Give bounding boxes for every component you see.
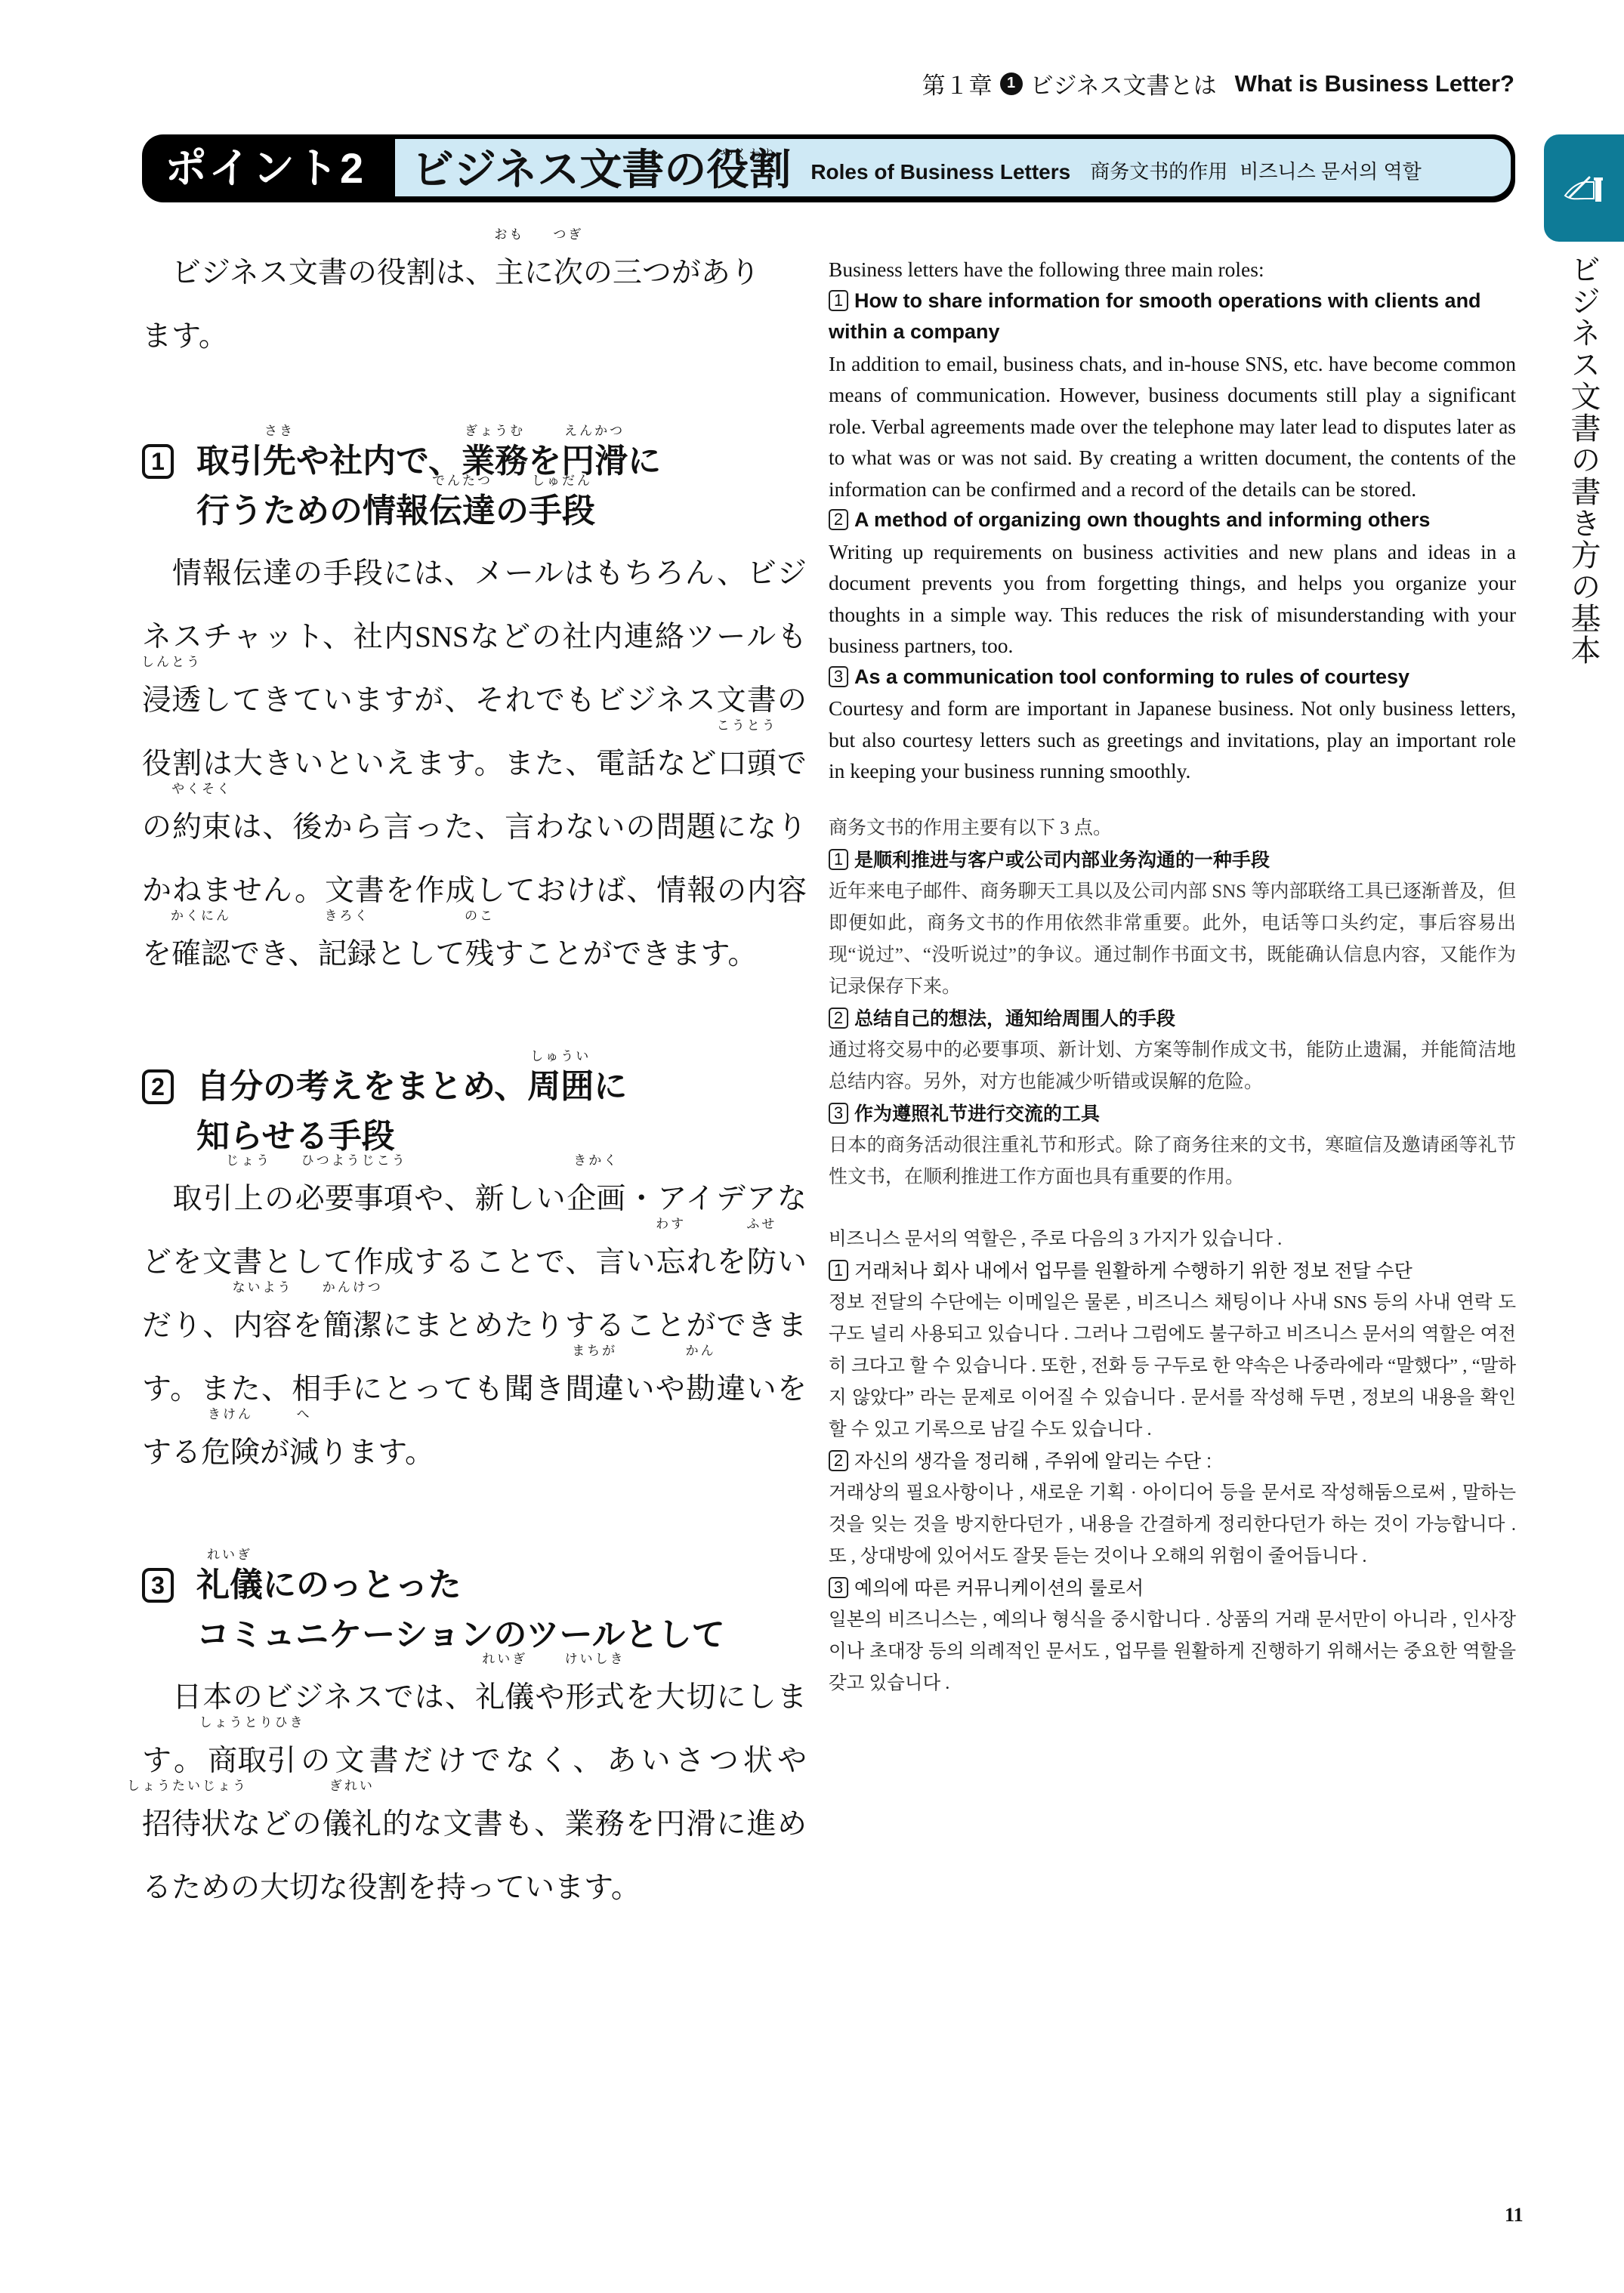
heading-text: A method of organizing own thoughts and … bbox=[854, 508, 1430, 531]
jp-section-1-body: 情報伝達の手段には、メールはもちろん、ビジネスチャット、社内SNSなどの社内連絡… bbox=[142, 542, 807, 986]
ko-section-3-body: 일본의 비즈니스는 , 예의나 형식을 중시합니다 . 상품의 거래 문서만이 … bbox=[829, 1604, 1516, 1699]
heading-text: 总结自己的想法，通知给周围人的手段 bbox=[854, 1008, 1175, 1029]
ko-section-1-heading: 1거래처나 회사 내에서 업무를 원활하게 수행하기 위한 정보 전달 수단 bbox=[829, 1255, 1516, 1287]
en-intro: Business letters have the following thre… bbox=[829, 254, 1516, 285]
heading-text: How to share information for smooth oper… bbox=[829, 289, 1481, 344]
en-section-2-body: Writing up requirements on business acti… bbox=[829, 536, 1516, 662]
heading-text: 자신의 생각을 정리해 , 주위에 알리는 수단 : bbox=[854, 1451, 1212, 1472]
page-title: ビジネス文書のやくわり役割 bbox=[412, 145, 791, 195]
chapter-side-tab bbox=[1544, 134, 1624, 242]
korean-block: 비즈니스 문서의 역할은 , 주로 다음의 3 가지가 있습니다 . 1거래처나… bbox=[829, 1224, 1516, 1699]
furigana: やくわり bbox=[706, 130, 791, 180]
section-number-1: 1 bbox=[829, 849, 848, 870]
section-number-2: 2 bbox=[142, 1069, 174, 1104]
jp-section-3-heading: 3 れいぎ礼儀にのっとった コミュニケーションのツールとして bbox=[142, 1560, 807, 1660]
korean-title: 비즈니스 문서의 역할 bbox=[1240, 156, 1422, 184]
heading-text: 예의에 따른 커뮤니케이션의 룰로서 bbox=[854, 1578, 1144, 1599]
ruby-word: やくわり役割 bbox=[706, 145, 791, 195]
chapter-vertical-title: ビジネス文書の書き方の基本 bbox=[1562, 254, 1605, 666]
section-number-3: 3 bbox=[142, 1568, 174, 1603]
chapter-en-title: What is Business Letter? bbox=[1235, 70, 1514, 97]
chapter-label: 第１章 bbox=[922, 66, 993, 100]
japanese-column: ビジネス文書の役割は、おも主につぎ次の三つがあります。 1 取引さき先や社内で、… bbox=[142, 242, 807, 1920]
en-section-3-body: Courtesy and form are important in Japan… bbox=[829, 693, 1516, 787]
en-section-1-body: In addition to email, business chats, an… bbox=[829, 348, 1516, 505]
zh-intro: 商务文书的作用主要有以下 3 点。 bbox=[829, 813, 1516, 844]
zh-section-1-heading: 1是顺利推进与客户或公司内部业务沟通的一种手段 bbox=[829, 844, 1516, 876]
ko-section-2-heading: 2자신의 생각을 정리해 , 주위에 알리는 수단 : bbox=[829, 1446, 1516, 1477]
english-block: Business letters have the following thre… bbox=[829, 254, 1516, 787]
translation-column: Business letters have the following thre… bbox=[829, 254, 1516, 1699]
jp-section-1-heading: 1 取引さき先や社内で、ぎょうむ業務をえんかつ円滑に 行うための情報でんたつ伝達… bbox=[142, 437, 807, 536]
english-title: Roles of Business Letters bbox=[810, 160, 1070, 184]
en-section-2-heading: 2A method of organizing own thoughts and… bbox=[829, 505, 1516, 536]
jp-intro: ビジネス文書の役割は、おも主につぎ次の三つがあります。 bbox=[142, 242, 807, 369]
section-number-1: 1 bbox=[829, 290, 848, 311]
zh-section-3-body: 日本的商务活动很注重礼节和形式。除了商务往来的文书，寒暄信及邀请函等礼节性文书，… bbox=[829, 1130, 1516, 1193]
point-label: ポイント2 bbox=[165, 134, 365, 202]
chinese-title: 商务文书的作用 bbox=[1090, 156, 1227, 184]
ko-section-3-heading: 3예의에 따른 커뮤니케이션의 룰로서 bbox=[829, 1572, 1516, 1604]
section-number-3: 3 bbox=[829, 1577, 848, 1598]
title-panel: ビジネス文書のやくわり役割 Roles of Business Letters … bbox=[395, 139, 1511, 196]
writing-hand-icon bbox=[1562, 173, 1606, 203]
heading-text: 是顺利推进与客户或公司内部业务沟通的一种手段 bbox=[854, 850, 1270, 871]
ko-section-2-body: 거래상의 필요사항이나 , 새로운 기획 · 아이디어 등을 문서로 작성해둠으… bbox=[829, 1477, 1516, 1572]
section-number-3: 3 bbox=[829, 666, 848, 687]
zh-section-2-heading: 2总结自己的想法，通知给周围人的手段 bbox=[829, 1003, 1516, 1035]
zh-section-2-body: 通过将交易中的必要事项、新计划、方案等制作成文书，能防止遗漏，并能简洁地总结内容… bbox=[829, 1035, 1516, 1098]
en-section-1-heading: 1How to share information for smooth ope… bbox=[829, 285, 1516, 348]
section-number-2: 2 bbox=[829, 1450, 848, 1471]
heading-text: 거래처나 회사 내에서 업무를 원활하게 수행하기 위한 정보 전달 수단 bbox=[854, 1261, 1413, 1282]
section-number-2: 2 bbox=[829, 509, 848, 530]
ko-intro: 비즈니스 문서의 역할은 , 주로 다음의 3 가지가 있습니다 . bbox=[829, 1224, 1516, 1255]
jp-section-2-body: 取引じょう上のひつようじこう必要事項や、新しいきかく企画・アイデアなどを文書とし… bbox=[142, 1168, 807, 1485]
jp-section-3-body: 日本のビジネスでは、れいぎ礼儀やけいしき形式を大切にします。しょうとりひき商取引… bbox=[142, 1666, 807, 1920]
section-number-1: 1 bbox=[142, 444, 174, 479]
chapter-number-badge: 1 bbox=[1000, 73, 1023, 95]
section-number-2: 2 bbox=[829, 1008, 848, 1029]
page-number: 11 bbox=[1505, 2204, 1524, 2227]
ko-section-1-body: 정보 전달의 수단에는 이메일은 물론 , 비즈니스 채팅이나 사내 SNS 등… bbox=[829, 1287, 1516, 1446]
heading-text: 作为遵照礼节进行交流的工具 bbox=[854, 1103, 1100, 1125]
running-header: 第１章 1 ビジネス文書とは What is Business Letter? bbox=[922, 66, 1514, 100]
chinese-block: 商务文书的作用主要有以下 3 点。 1是顺利推进与客户或公司内部业务沟通的一种手… bbox=[829, 813, 1516, 1193]
en-section-3-heading: 3As a communication tool conforming to r… bbox=[829, 662, 1516, 693]
chapter-jp-title: ビジネス文書とは bbox=[1030, 66, 1217, 100]
zh-section-1-body: 近年来电子邮件、商务聊天工具以及公司内部 SNS 等内部联络工具已逐渐普及，但即… bbox=[829, 876, 1516, 1003]
jp-section-2-heading: 2 自分の考えをまとめ、しゅうい周囲に 知らせる手段 bbox=[142, 1062, 807, 1162]
zh-section-3-heading: 3作为遵照礼节进行交流的工具 bbox=[829, 1098, 1516, 1130]
section-number-3: 3 bbox=[829, 1103, 848, 1124]
section-number-1: 1 bbox=[829, 1260, 848, 1281]
heading-text: As a communication tool conforming to ru… bbox=[854, 665, 1409, 688]
section-title-bar: ポイント2 ビジネス文書のやくわり役割 Roles of Business Le… bbox=[142, 134, 1515, 202]
page-title-prefix: ビジネス文書の bbox=[412, 146, 706, 193]
